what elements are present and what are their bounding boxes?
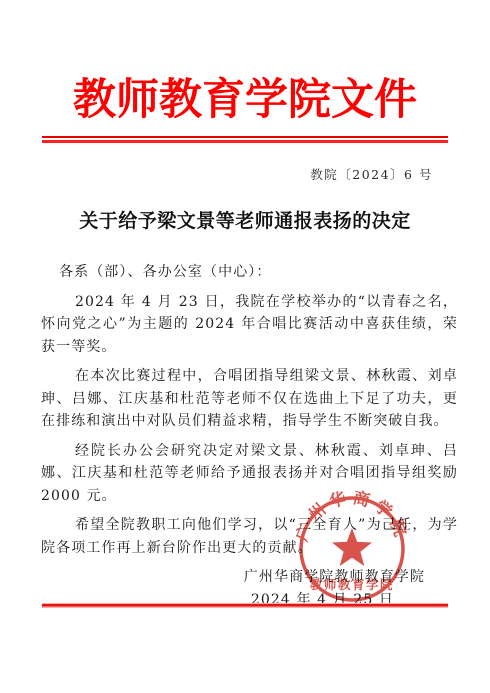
footer-double-rule	[42, 603, 448, 608]
issuing-department-signature: 广州华商学院教师教育学院	[41, 566, 458, 589]
red-header-title: 教师教育学院文件	[0, 76, 490, 125]
salutation: 各系（部）、各办公室（中心）：	[41, 261, 458, 284]
document-page: 教师教育学院文件 教院〔2024〕6 号 关于给予梁文景等老师通报表扬的决定 各…	[0, 0, 490, 693]
document-number: 教院〔2024〕6 号	[310, 165, 433, 183]
header-double-rule	[42, 136, 448, 143]
body-paragraph-2: 在本次比赛过程中，合唱团指导组梁文景、林秋霞、刘卓珅、吕娜、江庆基和杜范等老师不…	[41, 365, 458, 433]
body-paragraph-1: 2024 年 4 月 23 日，我院在学校举办的“以青春之名，怀向党之心”为主题…	[41, 291, 458, 359]
document-body: 各系（部）、各办公室（中心）： 2024 年 4 月 23 日，我院在学校举办的…	[41, 261, 458, 611]
body-paragraph-4: 希望全院教职工向他们学习，以“三全育人”为己任，为学院各项工作再上新台阶作出更大…	[41, 514, 458, 559]
document-title: 关于给予梁文景等老师通报表扬的决定	[0, 206, 490, 233]
body-paragraph-3: 经院长办公会研究决定对梁文景、林秋霞、刘卓珅、吕娜、江庆基和杜范等老师给予通报表…	[41, 440, 458, 508]
